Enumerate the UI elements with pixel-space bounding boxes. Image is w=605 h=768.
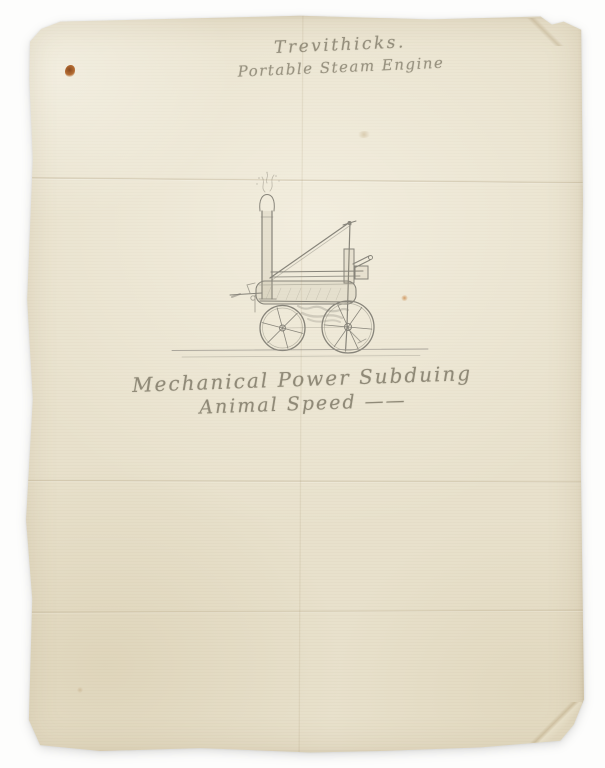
foxing-bottom-left: [77, 687, 83, 693]
smoke-icon: [256, 172, 279, 192]
handwritten-caption: Mechanical Power Subduing Animal Speed —…: [20, 357, 584, 425]
fold-crease-horizontal-middle: [21, 479, 584, 483]
creased-corner-top-right: [524, 18, 568, 46]
paper-sheet: Trevithicks. Portable Steam Engine: [21, 15, 584, 754]
stain-left-edge: [20, 525, 27, 537]
boiler: [256, 281, 356, 304]
scan-background: Trevithicks. Portable Steam Engine: [0, 0, 605, 768]
paper-sheet-wrap: Trevithicks. Portable Steam Engine: [21, 15, 584, 754]
handwritten-title: Trevithicks. Portable Steam Engine: [20, 23, 605, 90]
folded-corner-bottom-right: [528, 702, 582, 744]
fold-crease-horizontal-bottom: [21, 609, 584, 614]
smudge-right-of-title: [357, 131, 371, 138]
